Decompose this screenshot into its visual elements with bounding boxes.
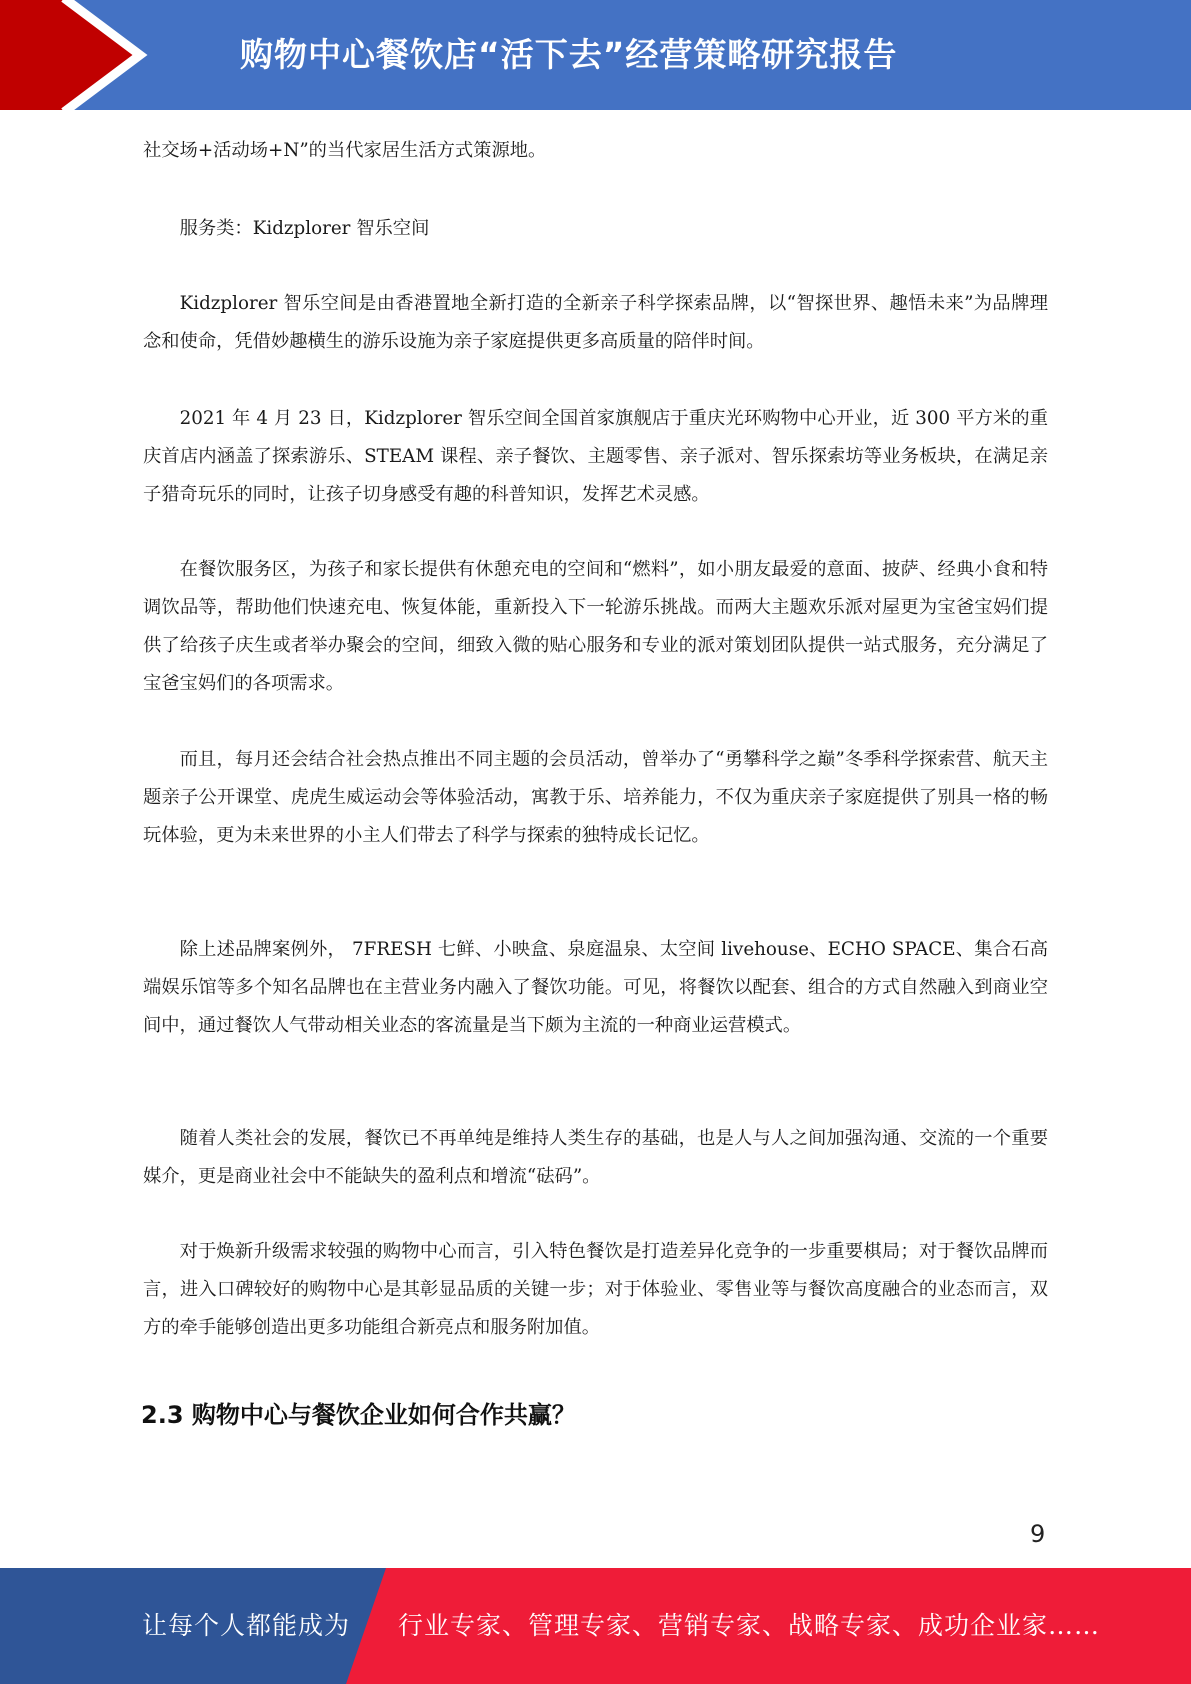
paragraph-win-win: 对于焕新升级需求较强的购物中心而言，引入特色餐饮是打造差异化竞争的一步重要棋局；… (143, 1233, 1048, 1347)
footer-slogan-right: 行业专家、管理专家、营销专家、战略专家、成功企业家…… (398, 1606, 1100, 1646)
report-title: 购物中心餐饮店“活下去”经营策略研究报告 (240, 30, 897, 80)
paragraph-kidzplorer-opening: 2021 年 4 月 23 日，Kidzplorer 智乐空间全国首家旗舰店于重… (143, 400, 1048, 514)
paragraph-category-label: 服务类：Kidzplorer 智乐空间 (143, 210, 1048, 248)
red-chevron-arrow-icon (0, 0, 160, 110)
section-heading: 2.3 购物中心与餐饮企业如何合作共赢？ (141, 1395, 576, 1435)
report-header-band: 购物中心餐饮店“活下去”经营策略研究报告 (0, 0, 1191, 110)
paragraph-member-activities: 而且，每月还会结合社会热点推出不同主题的会员活动，曾举办了“勇攀科学之巅”冬季科… (143, 741, 1048, 855)
paragraph-continuation: 社交场+活动场+N”的当代家居生活方式策源地。 (143, 132, 1048, 170)
paragraph-dining-role: 随着人类社会的发展，餐饮已不再单纯是维持人类生存的基础，也是人与人之间加强沟通、… (143, 1120, 1048, 1196)
paragraph-other-brands: 除上述品牌案例外， 7FRESH 七鲜、小映盒、泉庭温泉、太空间 livehou… (143, 931, 1048, 1045)
footer-slogan-left: 让每个人都能成为 (142, 1606, 350, 1646)
paragraph-kidzplorer-intro: Kidzplorer 智乐空间是由香港置地全新打造的全新亲子科学探索品牌，以“智… (143, 285, 1048, 361)
paragraph-dining-service: 在餐饮服务区，为孩子和家长提供有休憩充电的空间和“燃料”，如小朋友最爱的意面、披… (143, 551, 1048, 703)
footer-band: 让每个人都能成为 行业专家、管理专家、营销专家、战略专家、成功企业家…… (0, 1568, 1191, 1684)
page-number: 9 (1030, 1518, 1045, 1550)
